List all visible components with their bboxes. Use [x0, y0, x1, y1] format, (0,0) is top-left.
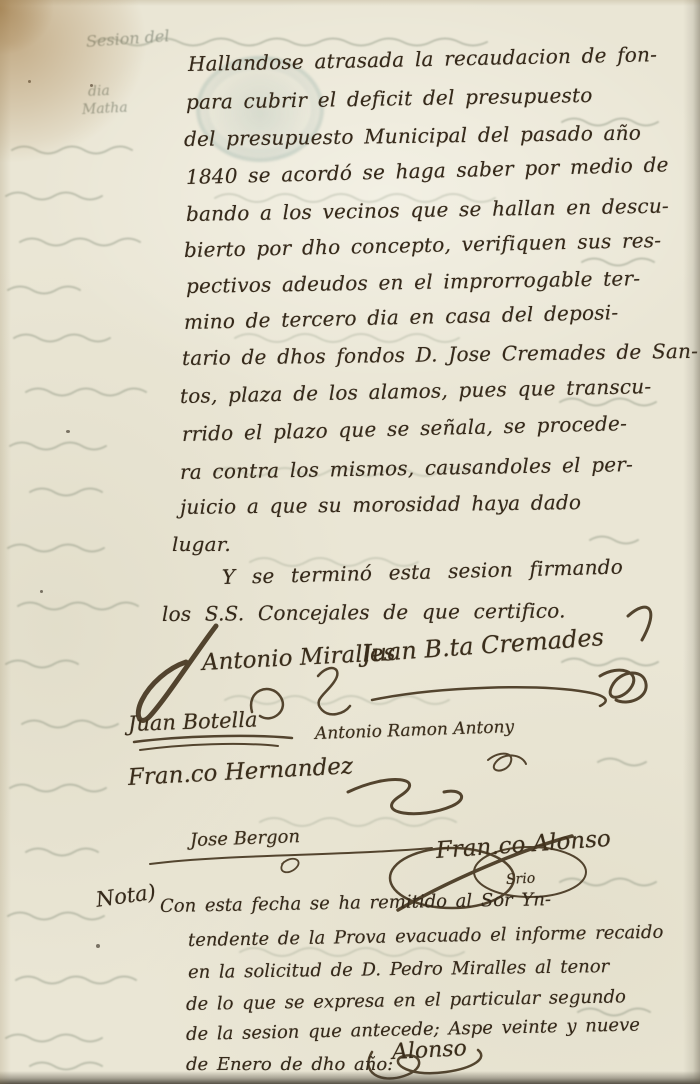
- body-line: pectivos adeudos en el improrrogable ter…: [186, 266, 641, 298]
- margin-note: Sesion del: [85, 26, 170, 51]
- signature-alonso-note: Alonso: [391, 1036, 467, 1065]
- note-line: Con esta fecha se ha remitido al Sor Yn-: [160, 889, 551, 917]
- body-line: ra contra los mismos, causandoles el per…: [180, 452, 633, 484]
- ink-speck: [96, 944, 100, 948]
- note-line: tendente de la Prova evacuado el informe…: [188, 922, 664, 951]
- closing-line: Y se terminó esta sesion firmando: [222, 555, 624, 589]
- body-line: bando a los vecinos que se hallan en des…: [186, 194, 669, 226]
- body-line: tos, plaza de los alamos, pues que trans…: [180, 374, 652, 408]
- body-line: del presupuesto Municipal del pasado año: [184, 121, 641, 151]
- signature-francisco-alonso: Fran.co Alonso: [435, 826, 611, 864]
- ink-speck: [90, 84, 93, 87]
- manuscript-page: Sesion del dia Matha Hallandose atrasada…: [0, 0, 700, 1084]
- signature-francisco-hernandez: Fran.co Hernandez: [127, 753, 353, 791]
- body-line: tario de dhos fondos D. Jose Cremades de…: [182, 339, 698, 370]
- note-line: en la solicitud de D. Pedro Miralles al …: [188, 956, 609, 983]
- body-line: mino de tercero dia en casa del deposi-: [184, 300, 619, 334]
- body-line: rrido el plazo que se señala, se procede…: [182, 411, 628, 446]
- ink-speck: [28, 80, 31, 83]
- signature-antonio-ramon: Antonio Ramon Antony: [315, 717, 515, 744]
- closing-line: los S.S. Concejales de que certifico.: [162, 598, 566, 626]
- margin-note: Matha: [82, 100, 128, 118]
- signature-juan-botella: Juan Botella: [128, 707, 258, 736]
- note-label: Nota): [94, 880, 157, 912]
- note-line: de Enero de dho año:: [186, 1054, 393, 1075]
- body-line: juicio a que su morosidad haya dado: [180, 490, 582, 519]
- signature-juan-cremades: Juan B.ta Cremades: [361, 623, 605, 668]
- secretary-abbreviation: Srio: [506, 870, 536, 888]
- signature-jose-bergon: Jose Bergon: [190, 826, 301, 851]
- ink-speck: [66, 430, 70, 433]
- body-line: bierto por dho concepto, verifiquen sus …: [184, 228, 662, 262]
- ink-speck: [40, 590, 43, 593]
- body-line: lugar.: [172, 532, 231, 556]
- body-line: Hallandose atrasada la recaudacion de fo…: [188, 42, 658, 76]
- note-line: de lo que se expresa en el particular se…: [186, 986, 626, 1015]
